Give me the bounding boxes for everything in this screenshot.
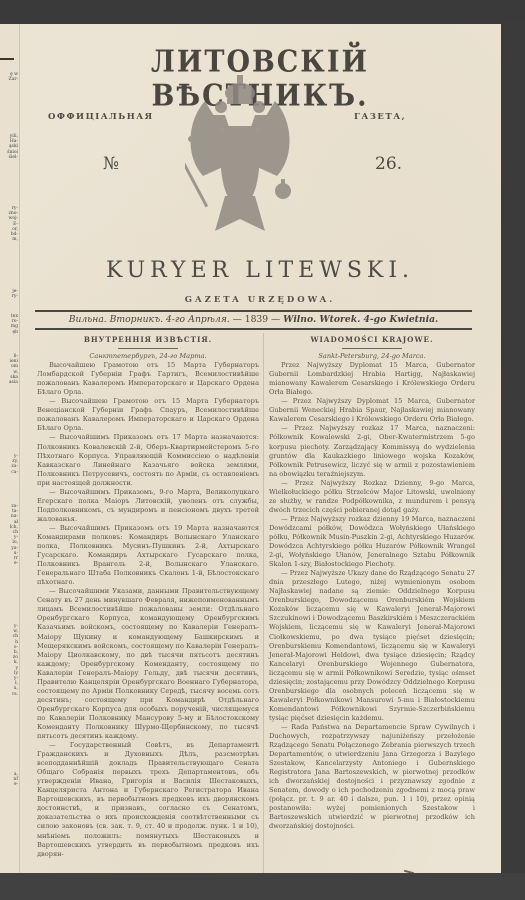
article-paragraph: Przez Najwyższy Dyplomat 15 Marca, Guber… <box>269 361 475 397</box>
masthead-subtitle-polish: GAZETA URZĘDOWA. <box>40 295 480 305</box>
prev-page-fragment: je- ry- <box>1 289 18 299</box>
prev-page-fragment: tex ro- mg ęb <box>1 314 18 335</box>
article-paragraph: — Przez Najwyższy rozkaz 17 Marca, nazna… <box>269 424 475 478</box>
article-paragraph: — Высочайшею Грамотою отъ 15 Марта Губер… <box>37 397 259 433</box>
article-paragraph: Высочайшею Грамотою отъ 15 Марта Губерна… <box>37 361 259 397</box>
masthead-subtitle-right: ГАЗЕТА, <box>354 112 406 122</box>
article-place-date: Sankt-Petersburg, 24-go Marca. <box>269 352 475 361</box>
section-heading: WIADOMOŚCI KRAJOWE. <box>269 335 475 344</box>
previous-page-edge: ę w Zar- yili, Ha- ąski śnioi śiel- ry- … <box>0 24 20 874</box>
issue-number-value: 26. <box>375 154 402 174</box>
rule-line <box>0 58 14 60</box>
article-paragraph: — Высочайшимъ Приказомъ, 9-го Марта, Вел… <box>37 488 259 524</box>
prev-page-fragment: za- ta- na- ał lch, ch y- lo, ya- u- rr … <box>1 504 18 566</box>
prev-page-fragment: a, nf e- <box>1 772 18 788</box>
dateline-year: — 1839 — <box>233 314 281 325</box>
issue-number-label: № <box>103 154 119 174</box>
article-paragraph: — Przez Najwyższy Rozkaz Dzienny, 9-go M… <box>269 479 475 515</box>
prev-page-fragment: y- zy, za- ca- <box>1 454 18 475</box>
article-place-date: Санктпетербургъ, 24-го Марта. <box>37 352 259 361</box>
viewer-right-margin <box>501 22 525 873</box>
dateline-russian: Вильна. Вторникъ. 4-го Апрѣля. <box>69 314 230 325</box>
viewer-bottom-band <box>0 873 525 900</box>
article-paragraph: — Государственный Совѣтъ, въ Департамент… <box>37 741 259 859</box>
prev-page-fragment: ry- zno- woj- E- or, bd- m, <box>1 206 18 242</box>
column-russian: ВНУТРЕННІЯ ИЗВѢСТІЯ. Санктпетербургъ, 24… <box>37 333 259 859</box>
dateline: Вильна. Вторникъ. 4-го Апрѣля. — 1839 — … <box>35 314 472 325</box>
prev-page-fragment: ę w Zar- <box>1 72 18 82</box>
masthead-subtitle-left: ОФФИЦІАЛЬНАЯ <box>48 112 154 122</box>
prev-page-fragment: li- ieni om w, ska asia <box>1 354 18 385</box>
dateline-rule-bottom <box>35 328 472 330</box>
section-rule <box>118 348 178 349</box>
article-paragraph: — Rada Państwa na Departamencie Spraw Cy… <box>269 723 475 832</box>
masthead-title-polish: KURYER LITEWSKI. <box>40 258 480 283</box>
section-rule <box>342 348 402 349</box>
viewer-top-band <box>0 0 525 24</box>
column-divider <box>263 333 264 873</box>
prev-page-fragment: y- w, ch h o- b, zo k, y ly y- ł, u, rs. <box>1 624 18 697</box>
article-paragraph: — Высочайшимъ Приказомъ отъ 17 Марта наз… <box>37 433 259 487</box>
article-paragraph: — Высочайшими Указами, данными Правитель… <box>37 587 259 741</box>
double-headed-eagle-icon <box>185 71 295 241</box>
dateline-polish: Wilno. Wtorek. 4-go Kwietnia. <box>283 314 438 325</box>
dateline-rule-top <box>35 310 472 312</box>
article-paragraph: — Przez Najwyższe Ukazy dane do Rządzące… <box>269 569 475 723</box>
section-heading: ВНУТРЕННІЯ ИЗВѢСТІЯ. <box>37 335 259 344</box>
prev-page-fragment: yili, Ha- ąski śnioi śiel- <box>1 134 18 160</box>
article-paragraph: — Высочайшимъ Приказомъ отъ 19 Марта наз… <box>37 524 259 587</box>
newspaper-page: ЛИТОВСКІЙ ВѢСТНИКЪ. ОФФИЦІАЛЬНАЯ ГАЗЕТА,… <box>20 24 501 874</box>
article-paragraph: — Przez Najwyższy rozkaz dzienny 19 Marc… <box>269 515 475 569</box>
column-polish: WIADOMOŚCI KRAJOWE. Sankt-Petersburg, 24… <box>269 333 475 832</box>
article-paragraph: — Przez Najwyższy Dyplomat 15 Marca, Gub… <box>269 397 475 424</box>
